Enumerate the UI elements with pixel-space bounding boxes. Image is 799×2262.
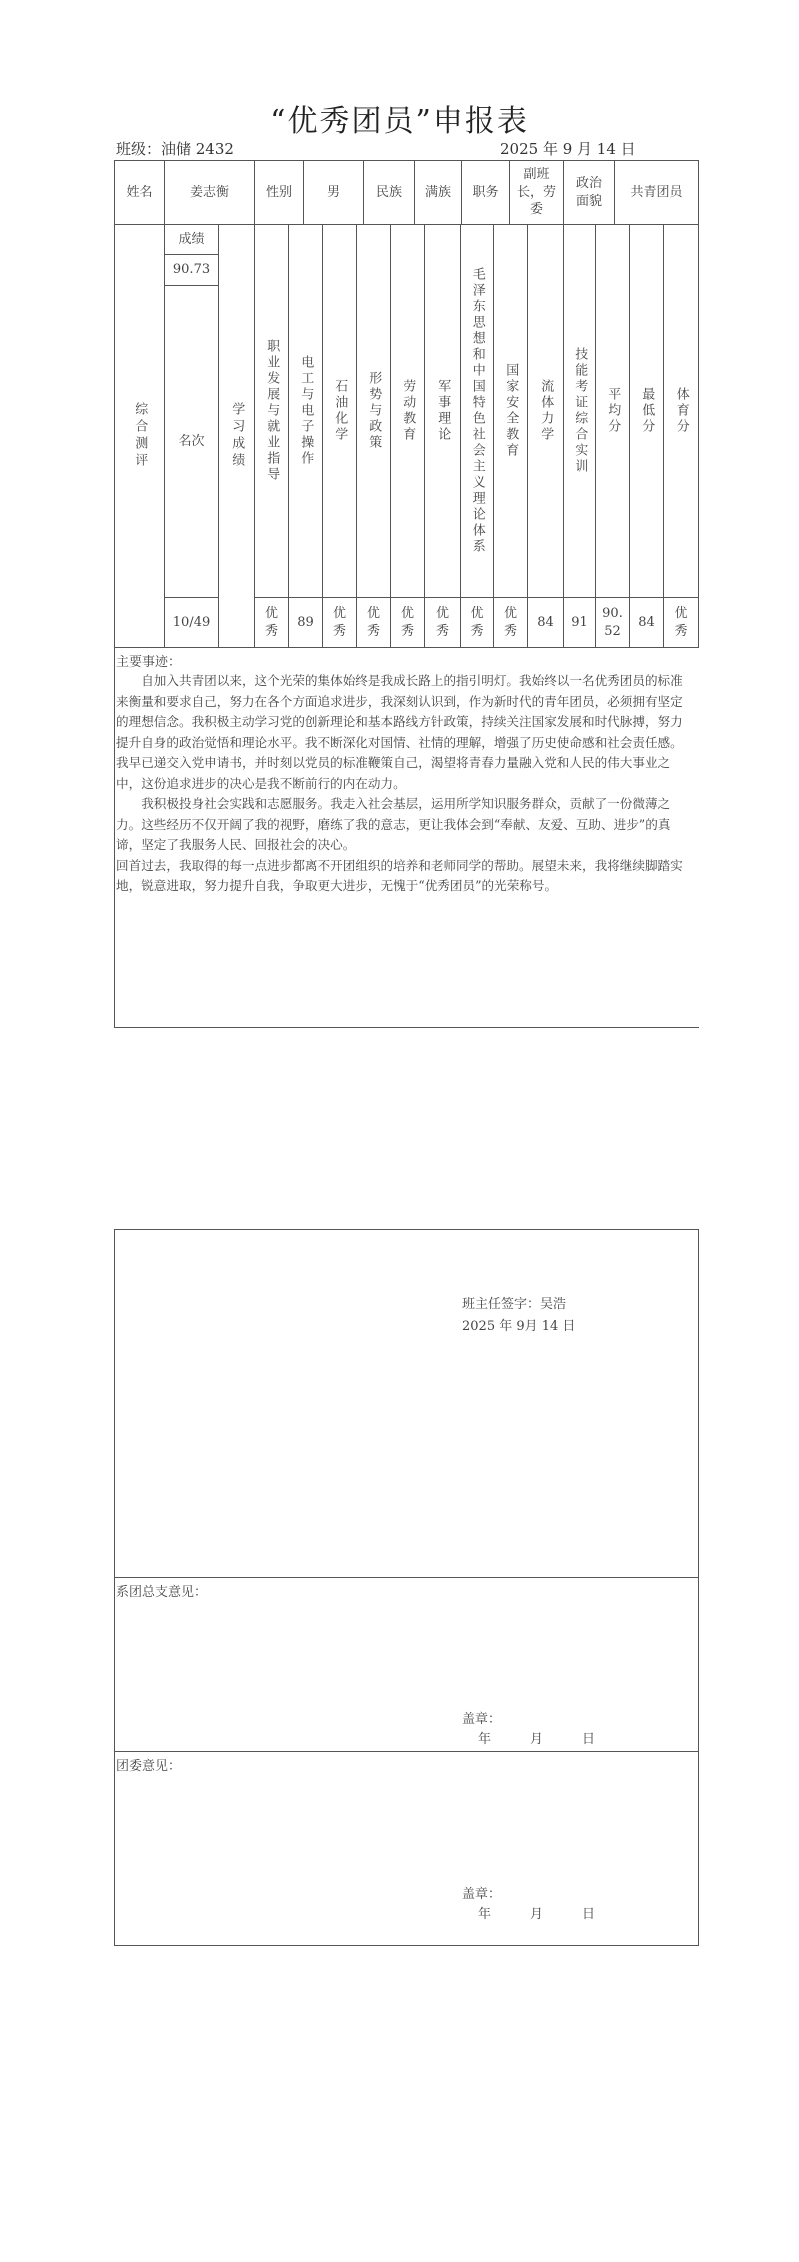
- subject-header: 毛泽东思想和中国特色社会主义理论体系: [461, 225, 494, 598]
- political-label: 政治面貌: [564, 161, 615, 225]
- deeds-paragraph-2: 我积极投身社会实践和志愿服务。我走入社会基层，运用所学知识服务群众，贡献了一份微…: [116, 794, 694, 856]
- subject-grade: 优秀: [494, 598, 528, 648]
- subject-name: 平均分: [604, 387, 622, 435]
- subject-grade: 90.52: [596, 598, 630, 648]
- subject-name: 技能考证综合实训: [571, 347, 589, 475]
- gender-label: 性别: [255, 161, 304, 225]
- subject-grade: 优秀: [357, 598, 391, 648]
- subject-header: 国家安全教育: [494, 225, 528, 598]
- committee-date: 年 月 日: [478, 1903, 595, 1922]
- form-date: 2025 年 9 月 14 日: [500, 138, 636, 159]
- ethnicity-value: 满族: [415, 161, 462, 225]
- subject-header: 形势与政策: [357, 225, 391, 598]
- subject-grade: 优秀: [255, 598, 289, 648]
- subject-name: 国家安全教育: [502, 363, 520, 459]
- rank-label: 名次: [165, 286, 219, 598]
- subject-header: 体育分: [664, 225, 699, 598]
- subject-header: 石油化学: [323, 225, 357, 598]
- score-label: 成绩: [165, 225, 219, 255]
- divider: [114, 1751, 699, 1752]
- political-value: 共青团员: [615, 161, 699, 225]
- subject-name: 石油化学: [331, 379, 349, 443]
- deeds-paragraph-3: 回首过去，我取得的每一点进步都离不开团组织的培养和老师同学的帮助。展望未来，我将…: [116, 856, 694, 897]
- class-label: 班级：油储 2432: [116, 138, 234, 159]
- branch-stamp-label: 盖章：: [462, 1708, 501, 1727]
- subject-header: 技能考证综合实训: [564, 225, 596, 598]
- committee-stamp-label: 盖章：: [462, 1883, 501, 1902]
- subject-name: 最低分: [638, 387, 656, 435]
- deeds-text: 自加入共青团以来，这个光荣的集体始终是我成长路上的指引明灯。我始终以一名优秀团员…: [116, 671, 694, 897]
- name-label: 姓名: [115, 161, 165, 225]
- page-title: “优秀团员”申报表: [0, 96, 799, 140]
- subject-name: 毛泽东思想和中国特色社会主义理论体系: [468, 267, 486, 555]
- subject-grade: 89: [289, 598, 323, 648]
- academic-label: 学习成绩: [219, 225, 255, 648]
- subject-name: 职业发展与就业指导: [263, 339, 281, 483]
- subject-header: 劳动教育: [391, 225, 425, 598]
- subject-grade: 优秀: [664, 598, 699, 648]
- subject-header: 军事理论: [425, 225, 461, 598]
- deeds-label: 主要事迹：: [116, 651, 181, 670]
- subject-name: 劳动教育: [399, 379, 417, 443]
- subject-grade: 优秀: [323, 598, 357, 648]
- subject-grade: 优秀: [425, 598, 461, 648]
- committee-opinion-label: 团委意见：: [116, 1755, 181, 1774]
- subject-header: 平均分: [596, 225, 630, 598]
- ethnicity-label: 民族: [364, 161, 415, 225]
- subject-header: 职业发展与就业指导: [255, 225, 289, 598]
- position-value: 副班长，劳委: [510, 161, 564, 225]
- branch-opinion-label: 系团总支意见：: [116, 1581, 207, 1600]
- subject-grade: 91: [564, 598, 596, 648]
- evaluation-section-label: 综合测评: [115, 225, 165, 648]
- teacher-signature: 班主任签字：吴浩: [462, 1293, 566, 1312]
- deeds-paragraph-1: 自加入共青团以来，这个光荣的集体始终是我成长路上的指引明灯。我始终以一名优秀团员…: [116, 671, 694, 794]
- subject-grade: 84: [630, 598, 664, 648]
- subject-grade: 84: [528, 598, 564, 648]
- branch-date: 年 月 日: [478, 1728, 595, 1747]
- subject-header: 最低分: [630, 225, 664, 598]
- subject-name: 流体力学: [537, 379, 555, 443]
- subject-header: 流体力学: [528, 225, 564, 598]
- subject-name: 电工与电子操作: [297, 355, 315, 467]
- subject-name: 体育分: [672, 387, 690, 435]
- score-value: 90.73: [165, 255, 219, 286]
- subject-grade: 优秀: [461, 598, 494, 648]
- divider: [114, 1577, 699, 1578]
- subject-header: 电工与电子操作: [289, 225, 323, 598]
- gender-value: 男: [304, 161, 364, 225]
- position-label: 职务: [462, 161, 510, 225]
- subject-name: 形势与政策: [365, 371, 383, 451]
- teacher-date: 2025 年 9月 14 日: [462, 1315, 575, 1334]
- subject-name: 军事理论: [434, 379, 452, 443]
- rank-value: 10/49: [165, 598, 219, 648]
- name-value: 姜志衡: [165, 161, 255, 225]
- subject-grade: 优秀: [391, 598, 425, 648]
